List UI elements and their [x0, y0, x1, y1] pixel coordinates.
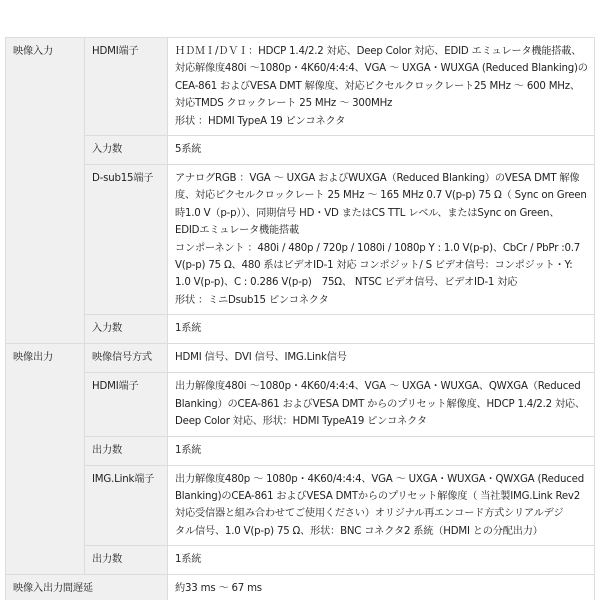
row-label-imglink-count: 出力数	[85, 546, 168, 575]
dsub-count-value: 1系統	[168, 315, 595, 344]
dsub-spec: アナログRGB ：VGA ～ UXGA およびWUXGA（Reduced Bla…	[168, 165, 595, 315]
section-label-video-input: 映像入力	[6, 38, 85, 344]
table-row: 出力数 1系統	[6, 546, 595, 575]
row-label-dsub-count: 入力数	[85, 315, 168, 344]
hdmi-output-spec: 出力解像度480i ～1080p・4K60/4:4:4、VGA ～ UXGA・W…	[168, 373, 595, 436]
signal-value: HDMI 信号、DVI 信号、IMG.Link信号	[168, 344, 595, 373]
imglink-spec: 出力解像度480p ～ 1080p・4K60/4:4:4、VGA ～ UXGA・…	[168, 465, 595, 546]
imglink-count-value: 1系統	[168, 546, 595, 575]
table-row: IMG.Link端子 出力解像度480p ～ 1080p・4K60/4:4:4、…	[6, 465, 595, 546]
row-label-hdmi-input: HDMI端子	[85, 38, 168, 136]
hdmi-output-count-value: 1系統	[168, 436, 595, 465]
table-row: HDMI端子 出力解像度480i ～1080p・4K60/4:4:4、VGA ～…	[6, 373, 595, 436]
row-label-latency: 映像入出力間遅延	[6, 575, 168, 600]
section-label-video-output: 映像出力	[6, 344, 85, 575]
row-label-signal: 映像信号方式	[85, 344, 168, 373]
latency-value: 約33 ms ～ 67 ms	[168, 575, 595, 600]
hdmi-input-count-value: 5系統	[168, 136, 595, 165]
row-label-hdmi-input-count: 入力数	[85, 136, 168, 165]
table-row: 映像出力 映像信号方式 HDMI 信号、DVI 信号、IMG.Link信号	[6, 344, 595, 373]
table-row: 映像入力 HDMI端子 ＨＤＭＩ/ＤＶＩ：HDCP 1.4/2.2 対応、Dee…	[6, 38, 595, 136]
row-label-hdmi-output-count: 出力数	[85, 436, 168, 465]
spec-table: 映像入力 HDMI端子 ＨＤＭＩ/ＤＶＩ：HDCP 1.4/2.2 対応、Dee…	[5, 37, 595, 600]
table-row: D-sub15端子 アナログRGB ：VGA ～ UXGA およびWUXGA（R…	[6, 165, 595, 315]
row-label-imglink: IMG.Link端子	[85, 465, 168, 546]
table-row: 映像入出力間遅延 約33 ms ～ 67 ms	[6, 575, 595, 600]
table-row: 出力数 1系統	[6, 436, 595, 465]
row-label-dsub: D-sub15端子	[85, 165, 168, 315]
table-row: 入力数 5系統	[6, 136, 595, 165]
table-row: 入力数 1系統	[6, 315, 595, 344]
row-label-hdmi-output: HDMI端子	[85, 373, 168, 436]
hdmi-input-spec: ＨＤＭＩ/ＤＶＩ：HDCP 1.4/2.2 対応、Deep Color 対応、E…	[168, 38, 595, 136]
